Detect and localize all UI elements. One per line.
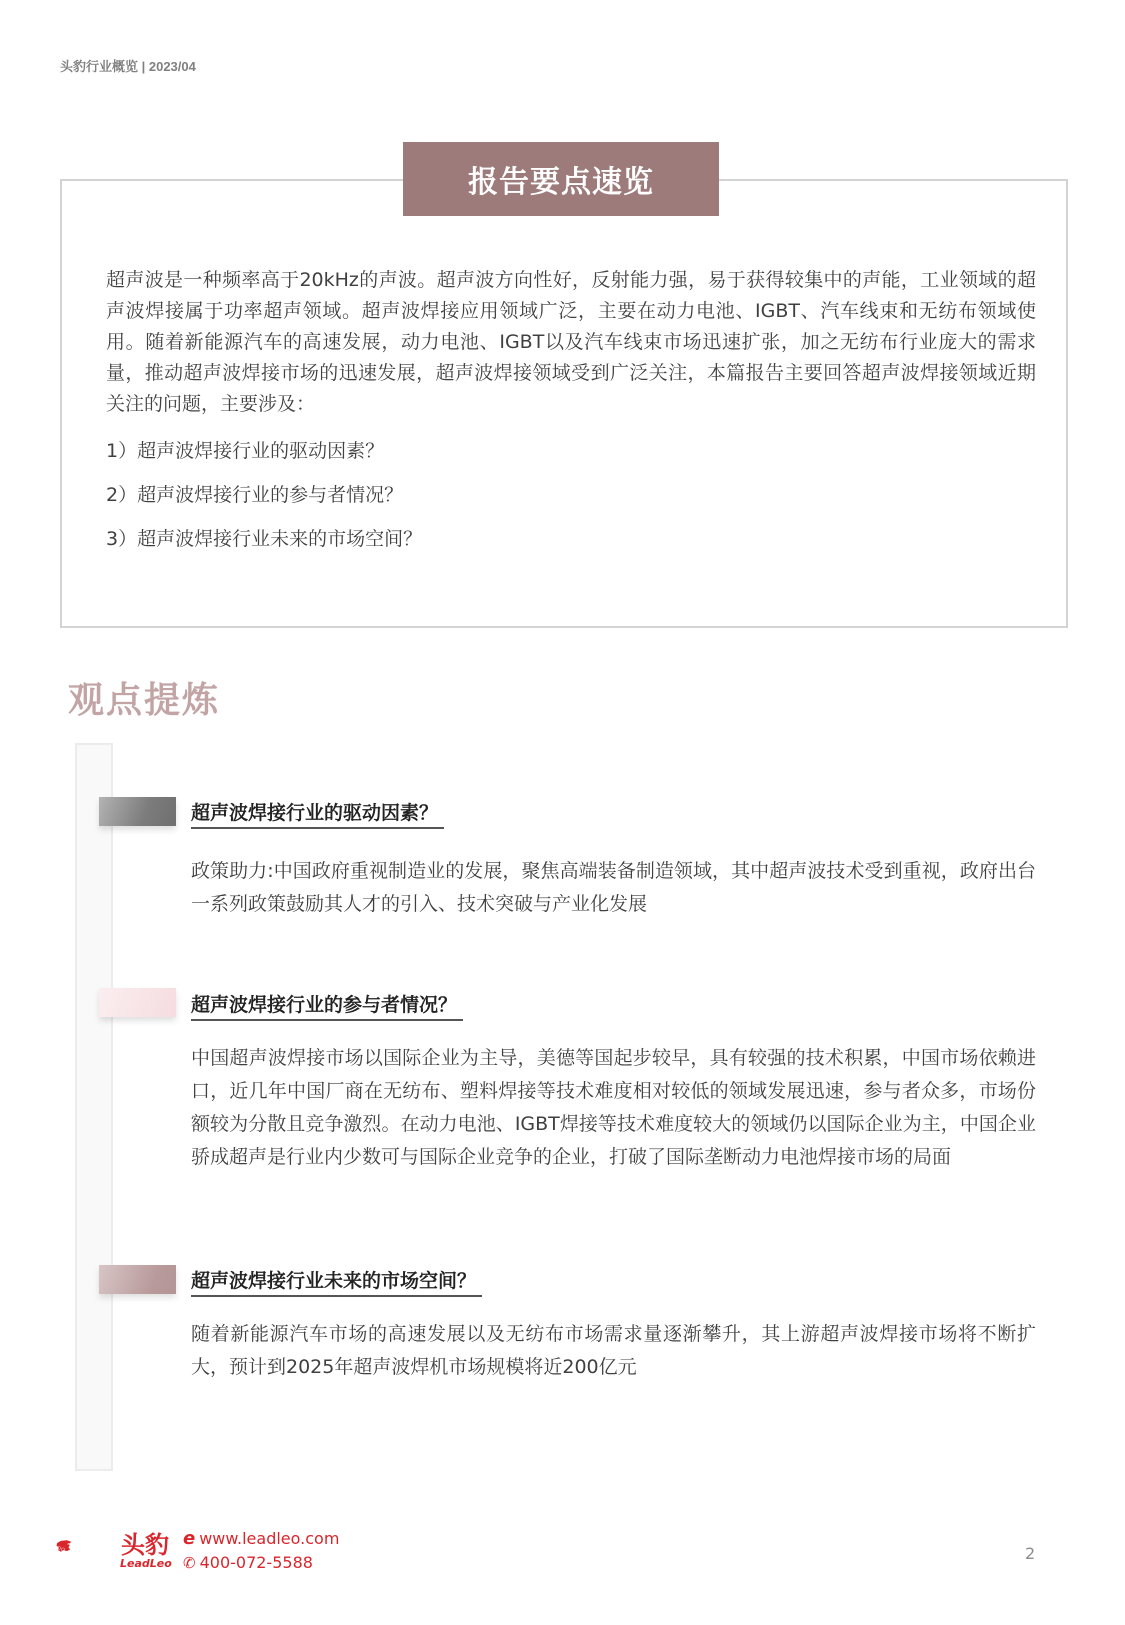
phone-icon: ✆ [183, 1554, 196, 1572]
summary-question: 3）超声波焊接行业未来的市场空间？ [106, 522, 422, 566]
point-marker-pink [99, 988, 176, 1017]
brand-name-cn: 头豹 [121, 1525, 169, 1560]
point-body-drivers: 政策助力:中国政府重视制造业的发展，聚焦高端装备制造领域，其中超声波技术受到重视… [191, 855, 1036, 921]
point-marker-gray [99, 797, 176, 826]
page-number: 2 [1025, 1544, 1035, 1563]
phone-contact: ✆ 400-072-5588 [183, 1553, 313, 1572]
brand-name-en: LeadLeo [120, 1557, 172, 1570]
point-heading-participants: 超声波焊接行业的参与者情况？ [191, 990, 463, 1021]
point-marker-mauve [99, 1265, 176, 1294]
point-heading-market-space: 超声波焊接行业未来的市场空间？ [191, 1266, 482, 1297]
summary-question: 2）超声波焊接行业的参与者情况？ [106, 478, 422, 522]
point-heading-drivers: 超声波焊接行业的驱动因素？ [191, 798, 444, 829]
browser-e-icon: e [183, 1528, 195, 1549]
header-meta: 头豹行业概览 | 2023/04 [60, 56, 196, 75]
website-link[interactable]: e www.leadleo.com [183, 1528, 339, 1549]
timeline-bar [75, 743, 113, 1471]
leadleo-leopard-logo-icon [56, 1521, 116, 1571]
insights-title: 观点提炼 [68, 672, 220, 723]
website-text: www.leadleo.com [199, 1529, 339, 1548]
phone-text: 400-072-5588 [200, 1553, 313, 1572]
summary-title: 报告要点速览 [403, 142, 719, 216]
summary-question: 1）超声波焊接行业的驱动因素？ [106, 434, 422, 478]
summary-intro: 超声波是一种频率高于20kHz的声波。超声波方向性好，反射能力强，易于获得较集中… [106, 265, 1036, 420]
summary-question-list: 1）超声波焊接行业的驱动因素？ 2）超声波焊接行业的参与者情况？ 3）超声波焊接… [106, 434, 422, 566]
point-body-participants: 中国超声波焊接市场以国际企业为主导，美德等国起步较早，具有较强的技术积累，中国市… [191, 1042, 1036, 1174]
point-body-market-space: 随着新能源汽车市场的高速发展以及无纺布市场需求量逐渐攀升，其上游超声波焊接市场将… [191, 1318, 1036, 1384]
